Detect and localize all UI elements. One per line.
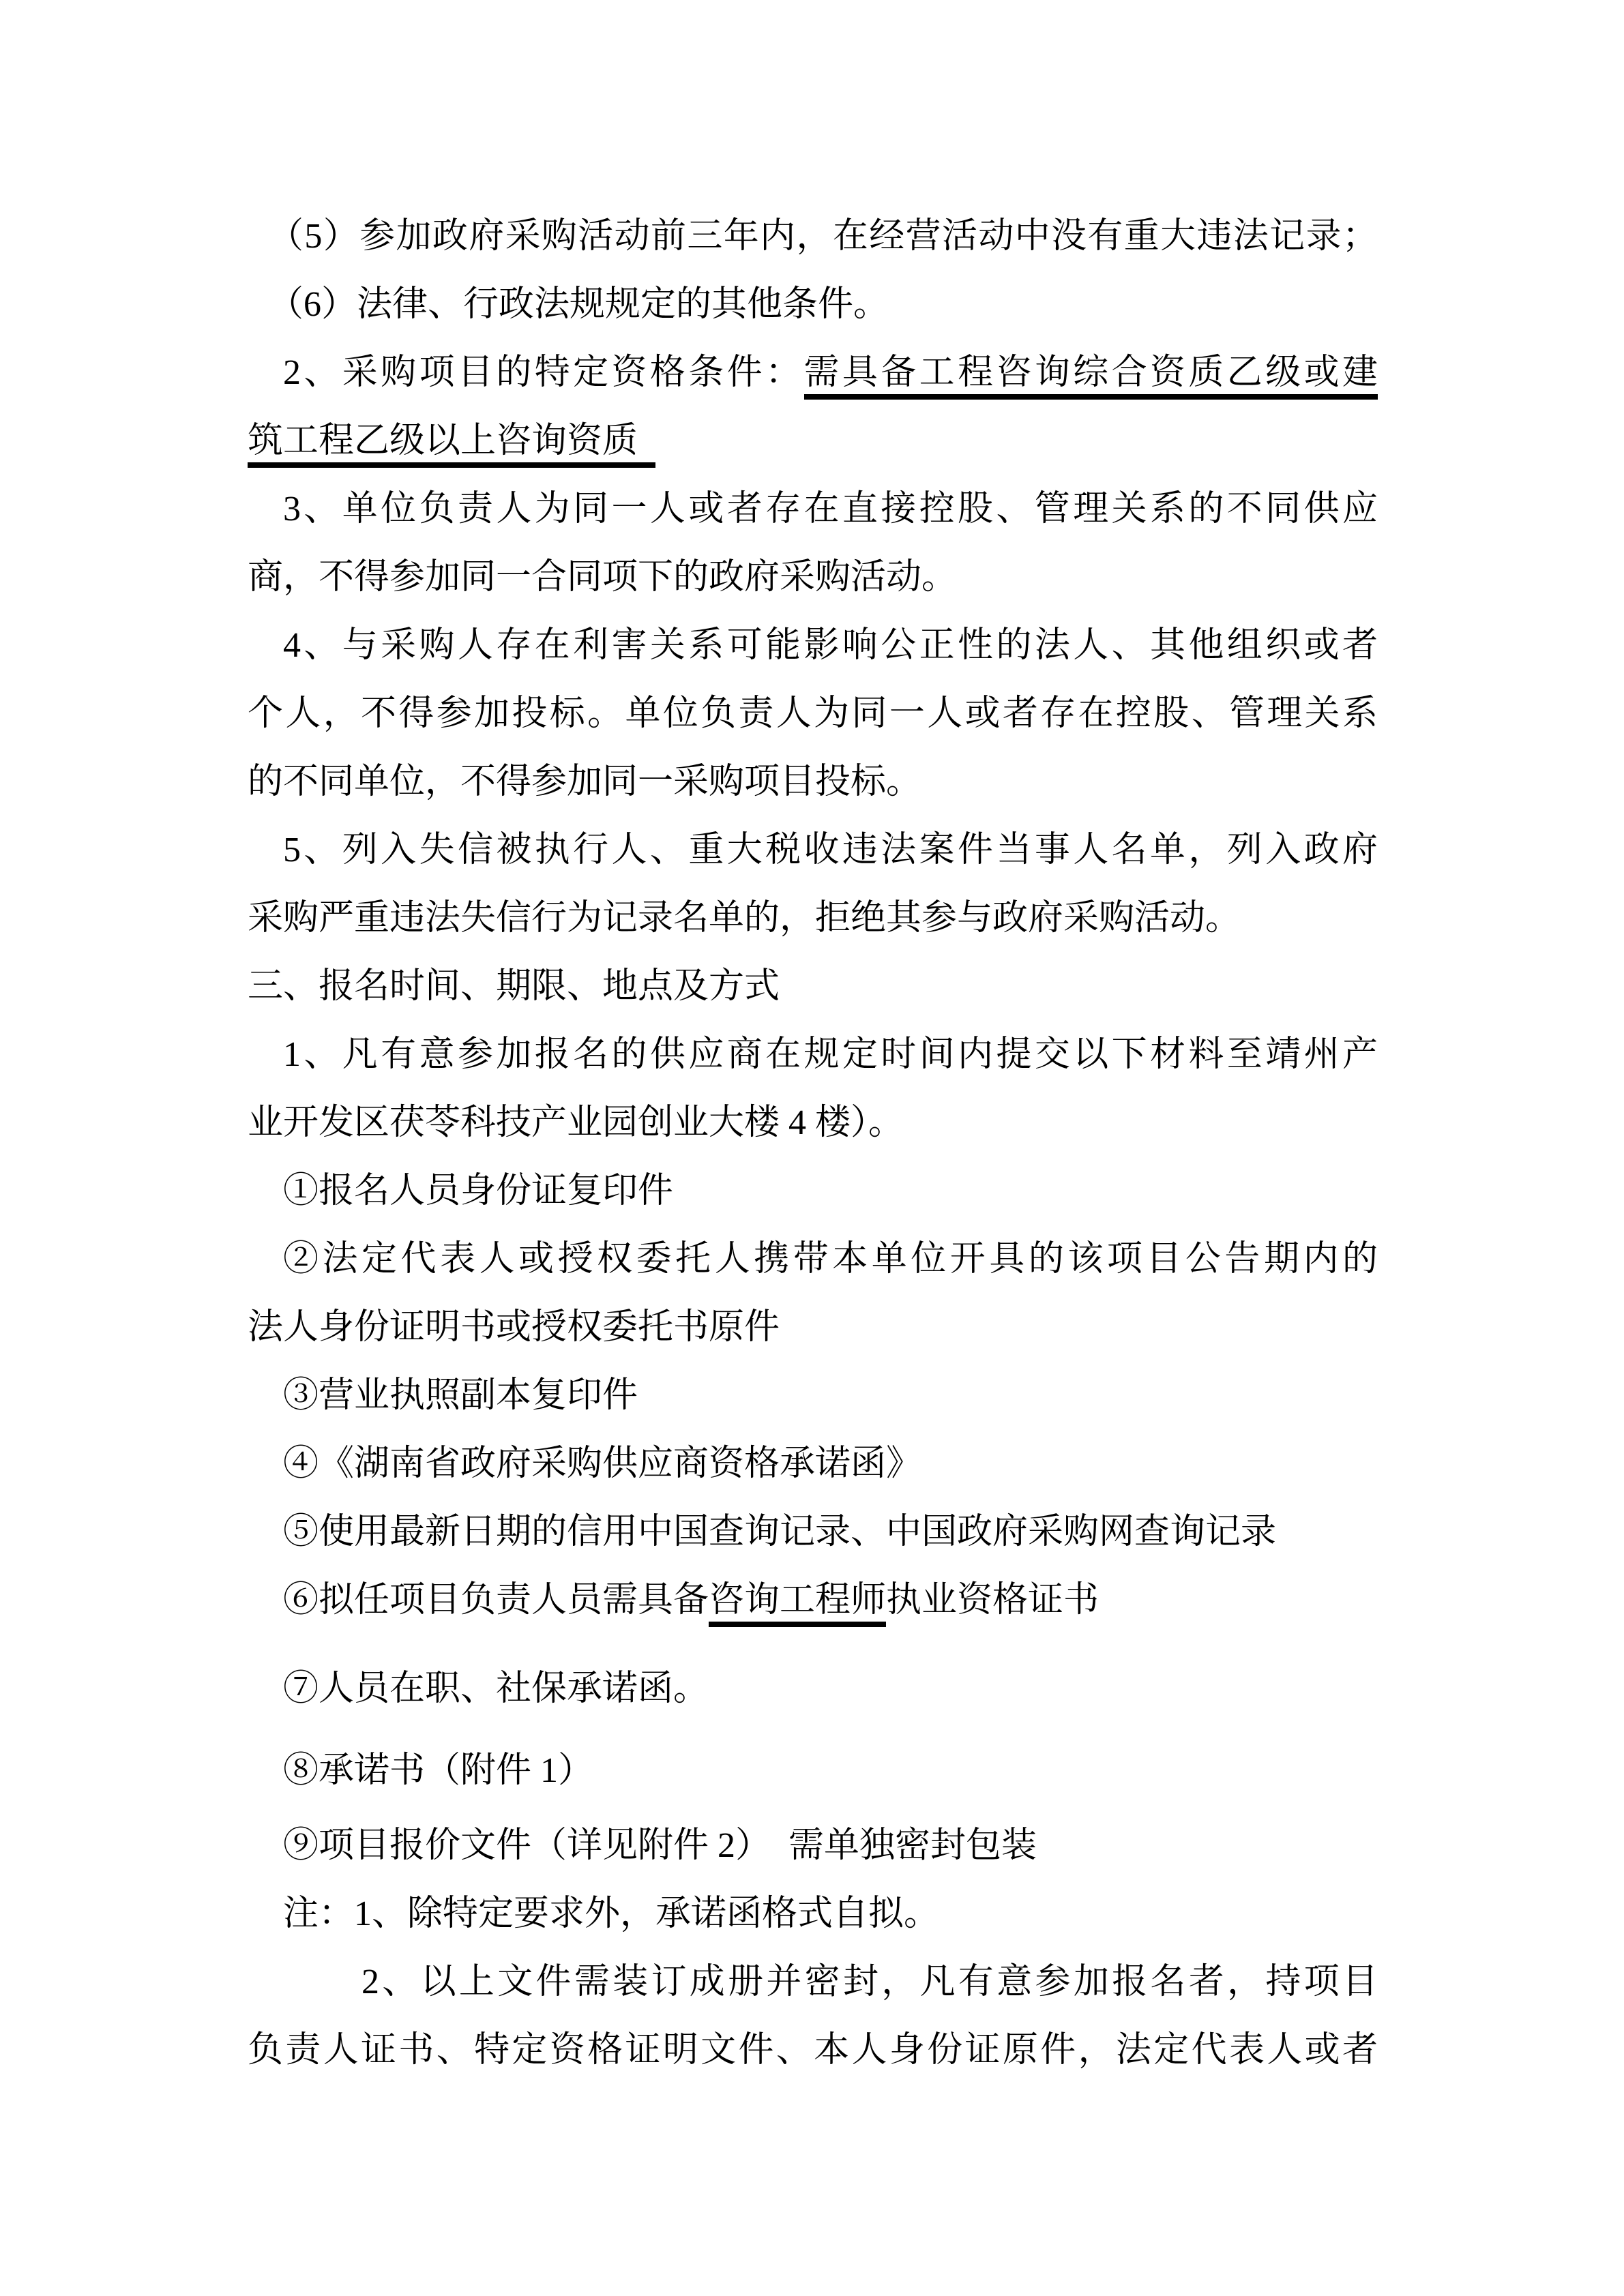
document-line: ⑤使用最新日期的信用中国查询记录、中国政府采购网查询记录: [248, 1498, 1378, 1566]
text-segment: ⑨项目报价文件（详见附件 2） 需单独密封包装: [283, 1826, 1037, 1865]
text-segment: 1、凡有意参加报名的供应商在规定时间内提交以下材料至靖州产: [283, 1035, 1378, 1074]
underlined-text: 筑工程乙级以上咨询资质: [248, 421, 655, 468]
document-line: （6）法律、行政法规规定的其他条件。: [248, 271, 1378, 339]
text-segment: ⑥拟任项目负责人员需具备: [283, 1581, 709, 1620]
text-segment: （5）参加政府采购活动前三年内，在经营活动中没有重大违法记录；: [268, 217, 1378, 256]
document-page: （5）参加政府采购活动前三年内，在经营活动中没有重大违法记录；（6）法律、行政法…: [0, 0, 1624, 2296]
document-line: 2、采购项目的特定资格条件：需具备工程咨询综合资质乙级或建: [248, 339, 1378, 407]
document-line: ⑥拟任项目负责人员需具备咨询工程师执业资格证书: [248, 1566, 1378, 1635]
document-line: 1、凡有意参加报名的供应商在规定时间内提交以下材料至靖州产: [248, 1021, 1378, 1089]
text-segment: 执业资格证书: [886, 1581, 1099, 1620]
text-segment: 5、列入失信被执行人、重大税收违法案件当事人名单，列入政府: [283, 831, 1378, 869]
document-line: ⑦人员在职、社保承诺函。: [248, 1655, 1378, 1723]
text-segment: 业开发区茯苓科技产业园创业大楼 4 楼）。: [248, 1103, 904, 1142]
document-line: 注：1、除特定要求外，承诺函格式自拟。: [248, 1880, 1378, 1948]
text-segment: 4、与采购人存在利害关系可能影响公正性的法人、其他组织或者: [283, 626, 1378, 665]
underlined-text: 咨询工程师: [709, 1581, 886, 1627]
document-line: 采购严重违法失信行为记录名单的，拒绝其参与政府采购活动。: [248, 884, 1378, 953]
text-segment: 2、采购项目的特定资格条件：: [283, 353, 804, 392]
text-segment: ①报名人员身份证复印件: [283, 1172, 673, 1210]
document-line: 负责人证书、特定资格证明文件、本人身份证原件，法定代表人或者: [248, 2016, 1378, 2085]
text-segment: 法人身份证明书或授权委托书原件: [248, 1308, 780, 1347]
document-line: 商，不得参加同一合同项下的政府采购活动。: [248, 543, 1378, 612]
text-segment: ③营业执照副本复印件: [283, 1376, 638, 1415]
document-line: ④《湖南省政府采购供应商资格承诺函》: [248, 1430, 1378, 1498]
text-segment: 2、以上文件需装订成册并密封，凡有意参加报名者，持项目: [361, 1963, 1378, 2001]
text-segment: ⑤使用最新日期的信用中国查询记录、中国政府采购网查询记录: [283, 1512, 1276, 1551]
document-line: 个人，不得参加投标。单位负责人为同一人或者存在控股、管理关系: [248, 680, 1378, 748]
text-segment: 的不同单位，不得参加同一采购项目投标。: [248, 762, 921, 801]
document-line: ③营业执照副本复印件: [248, 1362, 1378, 1430]
text-segment: ⑧承诺书（附件 1）: [283, 1751, 593, 1790]
document-line: 4、与采购人存在利害关系可能影响公正性的法人、其他组织或者: [248, 612, 1378, 680]
underlined-text: 需具备工程咨询综合资质乙级或建: [804, 353, 1378, 400]
text-segment: （6）法律、行政法规规定的其他条件。: [268, 285, 889, 324]
document-line: 业开发区茯苓科技产业园创业大楼 4 楼）。: [248, 1089, 1378, 1157]
document-line: （5）参加政府采购活动前三年内，在经营活动中没有重大违法记录；: [248, 203, 1378, 271]
text-segment: 个人，不得参加投标。单位负责人为同一人或者存在控股、管理关系: [248, 694, 1378, 733]
text-segment: ④《湖南省政府采购供应商资格承诺函》: [283, 1444, 921, 1483]
text-block: （5）参加政府采购活动前三年内，在经营活动中没有重大违法记录；（6）法律、行政法…: [248, 203, 1378, 2085]
document-line: 筑工程乙级以上咨询资质: [248, 407, 1378, 475]
document-line: 三、报名时间、期限、地点及方式: [248, 953, 1378, 1021]
text-segment: 注：1、除特定要求外，承诺函格式自拟。: [283, 1894, 939, 1933]
document-line: ①报名人员身份证复印件: [248, 1157, 1378, 1225]
document-line: 的不同单位，不得参加同一采购项目投标。: [248, 748, 1378, 816]
document-line: ⑨项目报价文件（详见附件 2） 需单独密封包装: [248, 1812, 1378, 1880]
text-segment: 商，不得参加同一合同项下的政府采购活动。: [248, 558, 957, 597]
text-segment: 采购严重违法失信行为记录名单的，拒绝其参与政府采购活动。: [248, 899, 1241, 938]
document-line: 2、以上文件需装订成册并密封，凡有意参加报名者，持项目: [248, 1948, 1378, 2016]
text-segment: 3、单位负责人为同一人或者存在直接控股、管理关系的不同供应: [283, 490, 1378, 528]
document-line: 5、列入失信被执行人、重大税收违法案件当事人名单，列入政府: [248, 816, 1378, 884]
document-line: ⑧承诺书（附件 1）: [248, 1737, 1378, 1805]
document-line: ②法定代表人或授权委托人携带本单位开具的该项目公告期内的: [248, 1225, 1378, 1294]
document-line: 3、单位负责人为同一人或者存在直接控股、管理关系的不同供应: [248, 475, 1378, 543]
document-line: 法人身份证明书或授权委托书原件: [248, 1294, 1378, 1362]
text-segment: 三、报名时间、期限、地点及方式: [248, 967, 780, 1006]
text-segment: ⑦人员在职、社保承诺函。: [283, 1669, 709, 1708]
text-segment: ②法定代表人或授权委托人携带本单位开具的该项目公告期内的: [283, 1240, 1378, 1279]
text-segment: 负责人证书、特定资格证明文件、本人身份证原件，法定代表人或者: [248, 2031, 1378, 2070]
